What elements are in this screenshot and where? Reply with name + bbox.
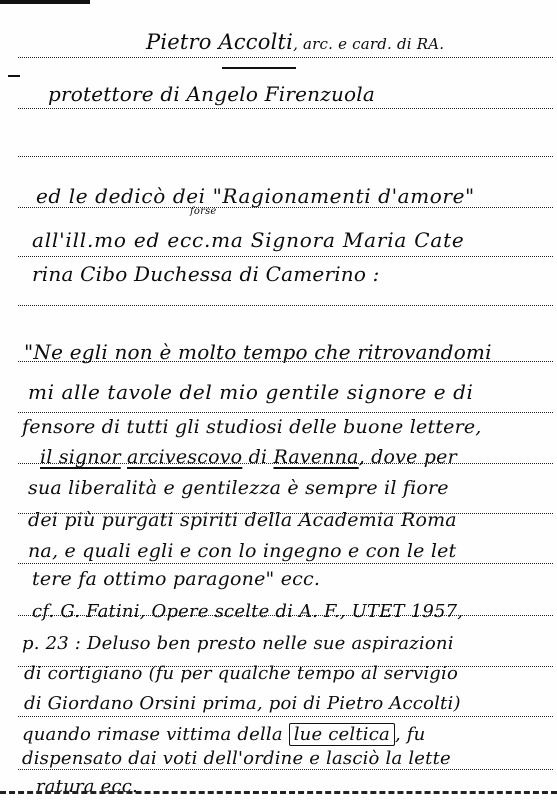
name-underline [222,67,296,69]
rule-line [18,57,553,58]
quotation-line: mi alle tavole del mio gentile signore e… [28,380,474,404]
underlined-phrase: arcivescovo [127,446,242,468]
dedication-line: rina Cibo Duchessa di Camerino : [32,262,380,286]
quotation-line: fensore di tutti gli studiosi delle buon… [22,416,482,438]
citation-line: p. 23 : Deluso ben presto nelle sue aspi… [22,633,454,654]
citation-fragment: , fu [395,724,426,745]
citation-line: quando rimase vittima della lue celtica,… [22,724,425,745]
citation-line: dispensato dai voti dell'ordine e lasciò… [22,748,451,769]
quotation-line: sua liberalità e gentilezza è sempre il … [28,477,449,499]
header-name: Pietro Accolti [146,30,293,54]
quotation-fragment: , dove per [359,446,457,468]
quotation-line: il signor arcivescovo di Ravenna, dove p… [40,446,457,468]
index-card: Pietro Accolti, arc. e card. di RA. prot… [0,0,557,800]
rule-line [18,563,553,564]
left-margin-tick [8,75,20,77]
dedication-line: all'ill.mo ed ecc.ma Signora Maria Cate [32,228,465,252]
rule-line [18,716,553,717]
scan-bottom-edge [0,791,557,794]
underlined-phrase: Ravenna [273,446,358,468]
header-title-suffix: , arc. e card. di RA. [293,35,444,53]
rule-line [18,305,553,306]
quotation-line: na, e quali egli e con lo ingegno e con … [28,540,456,562]
citation-fragment: quando rimase vittima della [22,724,289,745]
interlinear-note: forse [190,206,217,217]
rule-line [18,156,553,157]
citation-line: di Giordano Orsini prima, poi di Pietro … [24,693,461,714]
citation-line: cf. G. Fatini, Opere scelte di A. F., UT… [32,601,463,622]
dedication-line: ed le dedicò dei "Ragionamenti d'amore" [36,184,475,208]
quotation-line: tere fa ottimo paragone" ecc. [32,568,320,590]
quotation-line: dei più purgati spiriti della Academia R… [28,509,457,531]
rule-line [18,256,553,257]
rule-line [18,769,553,770]
rule-line [18,412,553,413]
quotation-line: "Ne egli non è molto tempo che ritrovand… [24,340,492,364]
underlined-phrase: il signor [40,446,121,468]
boxed-phrase: lue celtica [289,723,395,746]
scan-corner-mark [0,0,90,10]
header-name-line: Pietro Accolti, arc. e card. di RA. [146,30,444,54]
citation-line: di cortigiano (fu per qualche tempo al s… [24,663,458,684]
rule-line [18,108,553,109]
header-line2: protettore di Angelo Firenzuola [48,82,375,106]
quotation-fragment: di [249,446,268,468]
